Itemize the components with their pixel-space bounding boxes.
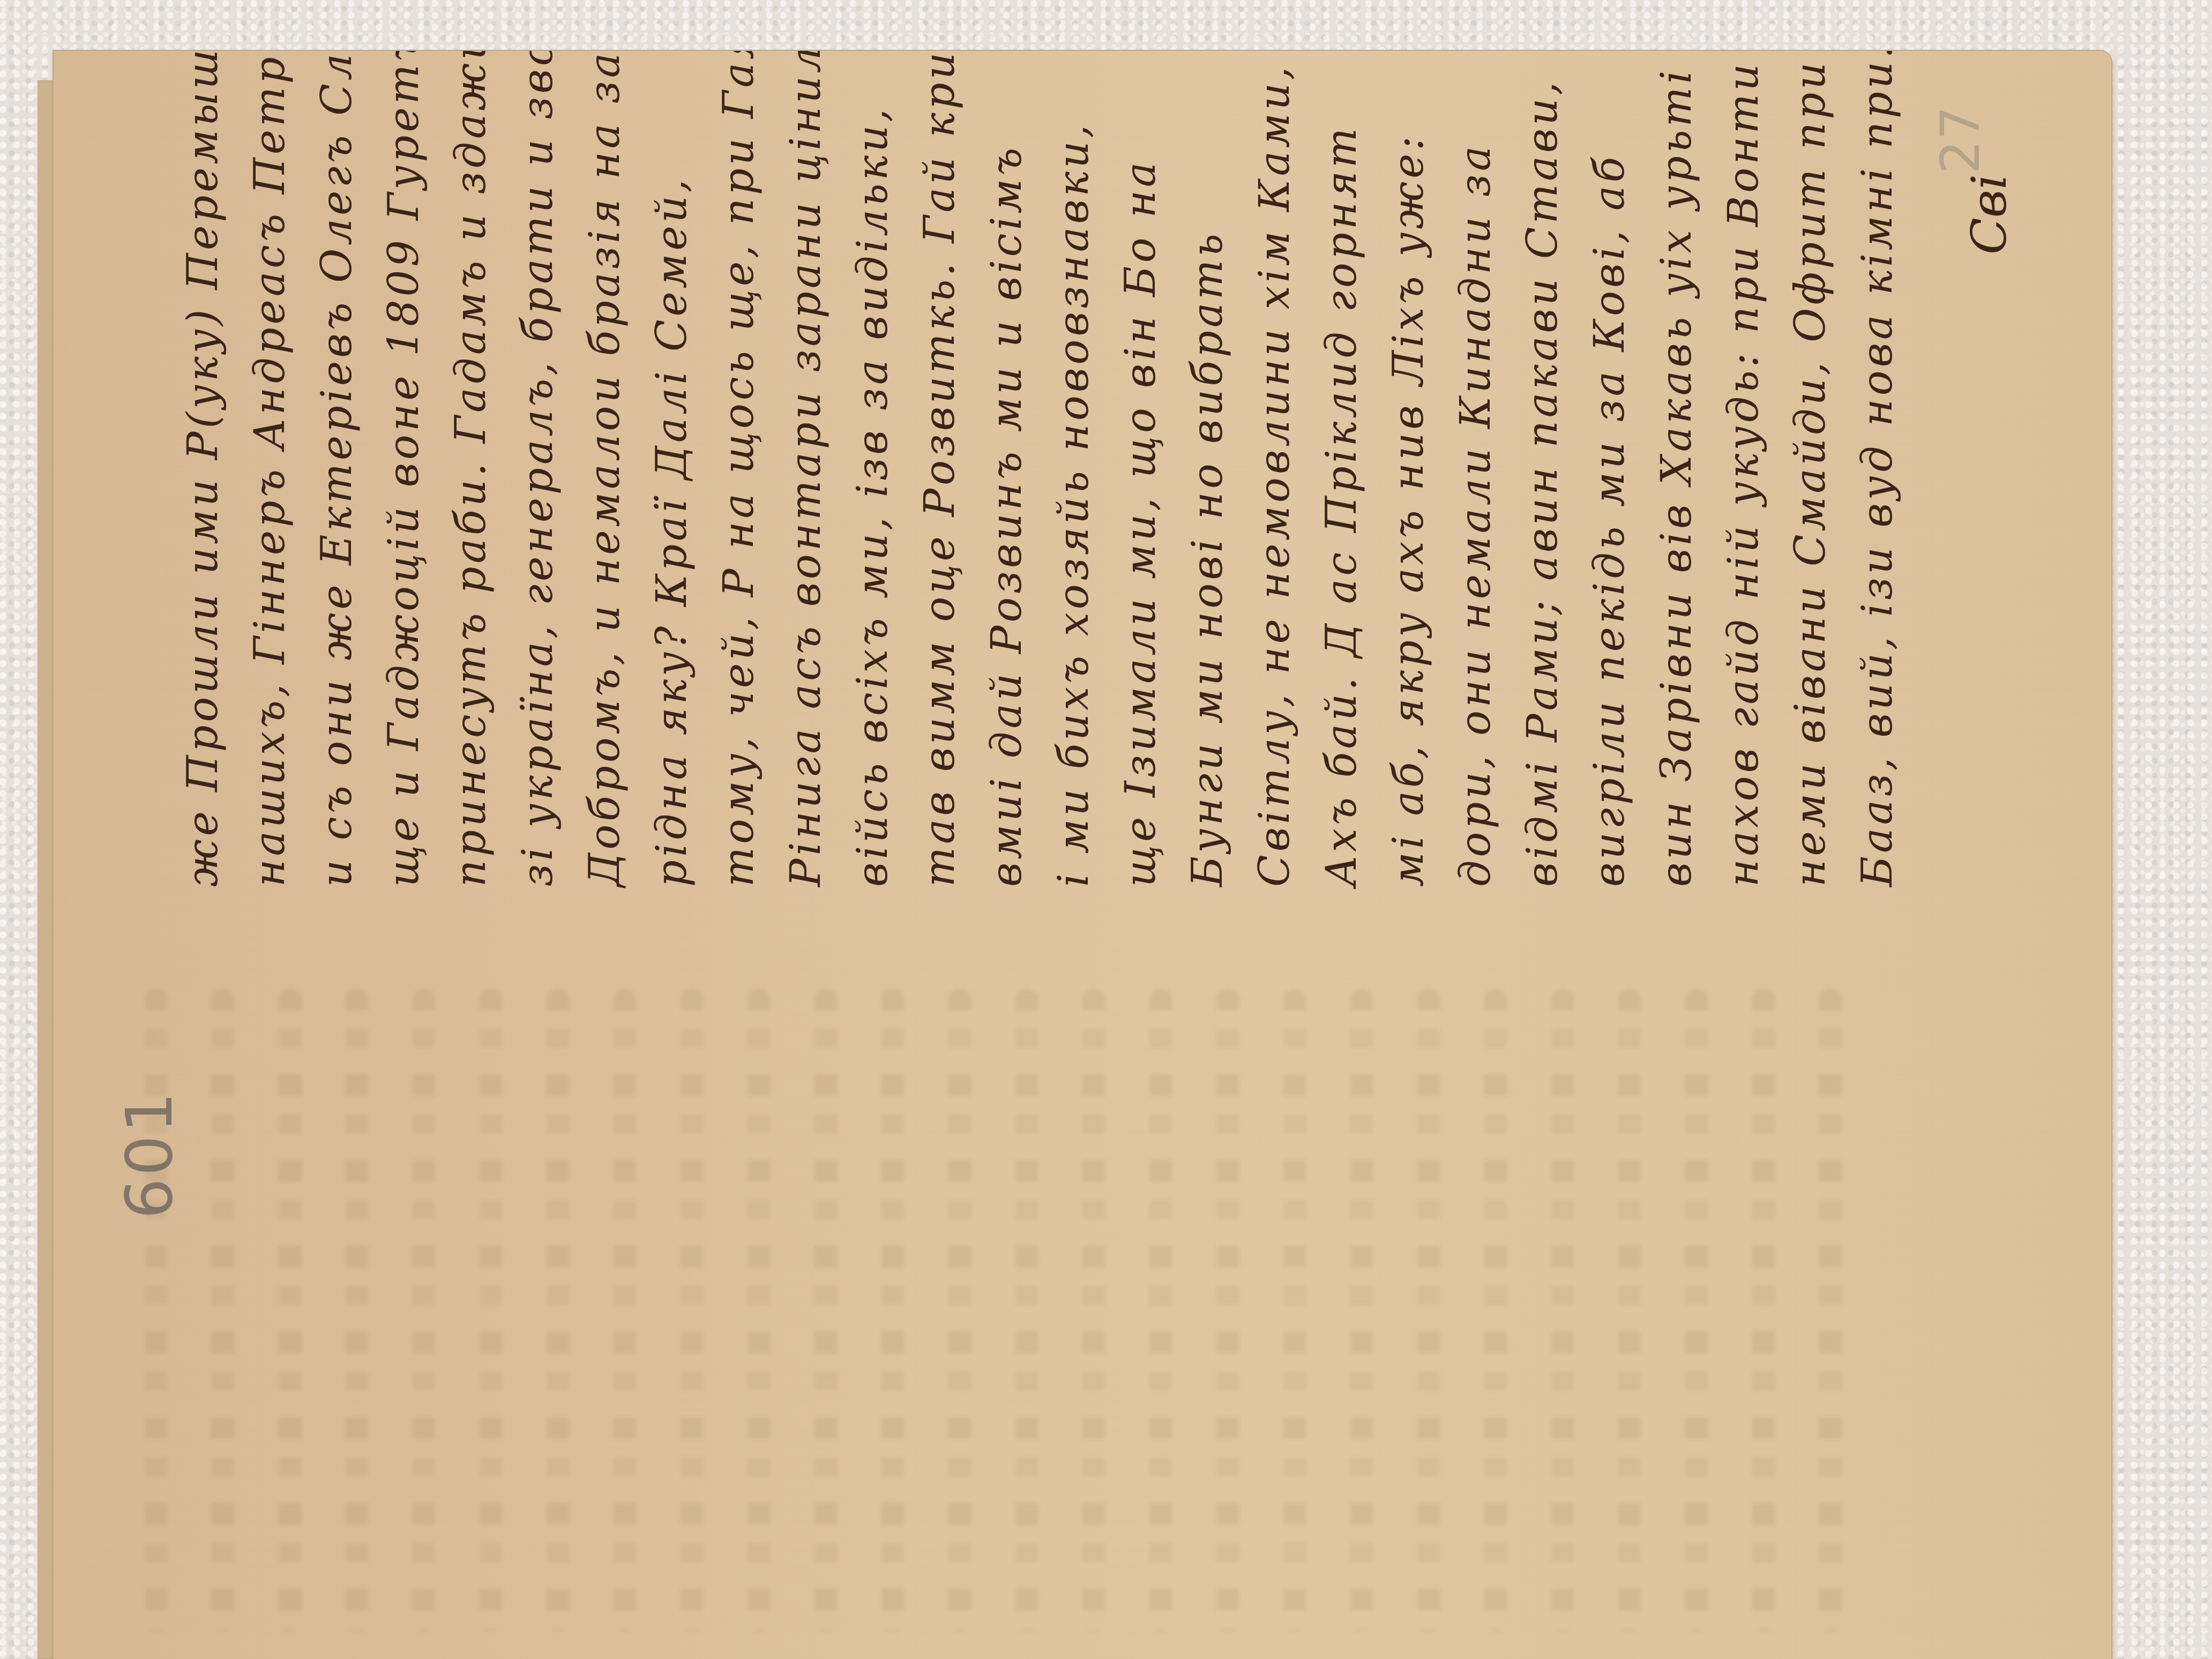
signature: Свi [1961, 174, 2017, 255]
manuscript-line: ще Ізимали ми, що він Бо на [1120, 159, 1162, 887]
manuscript-line: мі аб, якру ахъ нив Ліхъ уже: [1388, 133, 1430, 887]
manuscript-line: Бааз, вий, ізи вуд нова кімні при. [1857, 51, 1899, 887]
manuscript-line: нашихъ, Гіннеръ Андреасъ Петрикъ, съ ним… [249, 51, 291, 887]
page-number: 27 [1929, 106, 1992, 174]
manuscript-line: рідна яку? Краї Далі Семей, [651, 176, 693, 887]
archive-pencil-number: 601 [113, 1090, 187, 1219]
manuscript-line: и съ они же Ектеріевъ Олегъ Слово, [316, 51, 358, 887]
manuscript-line: Рінига асъ вонтари зарани цінилъ, [785, 51, 827, 887]
manuscript-page: же Прошли ими Р(уку) Перемышльскою, съ Р… [54, 51, 2111, 1659]
manuscript-line: же Прошли ими Р(уку) Перемышльскою, съ Р… [182, 51, 224, 887]
manuscript-line: Добромъ, и немалои бразія на за [584, 51, 626, 887]
manuscript-line: Бунги ми нові но вибрать [1187, 230, 1229, 887]
manuscript-line: Світлу, не немовлини хім Ками, [1254, 63, 1296, 887]
manuscript-line: відмі Рами; авин пакави Стави, [1522, 79, 1564, 887]
manuscript-line: ще и Гаджоцій воне 1809 Гуретъ [383, 51, 425, 887]
manuscript-line: війсь всіхъ ми, ізв за видільки, [852, 106, 894, 887]
manuscript-line: і ми бихъ хозяйь нововзнавки, [1053, 122, 1095, 887]
bleed-through-text [145, 989, 1913, 1658]
manuscript-line: дори, они немали Кинадни за [1455, 143, 1497, 887]
manuscript-line: тав вимм оце Розвиткь. Гай кри, [919, 51, 961, 887]
manuscript-line: вин Зарівни вів Хакавь уіх урьті [1656, 68, 1698, 887]
manuscript-line: нахов гайд ній укудь: при Вонти [1723, 61, 1765, 887]
manuscript-line: принесутъ раби. Гадамъ и здажи [450, 51, 492, 887]
manuscript-line: Ахъ бай. Д ас Пріклид горнят [1321, 125, 1363, 887]
manuscript-line: вмиі дай Розвинъ ми и вісімъ [986, 145, 1028, 887]
manuscript-line: неми вівани Смайди, Офрит при [1790, 59, 1832, 887]
manuscript-line: зі україна, генералъ, брати и звои [517, 51, 559, 887]
manuscript-line: вигріли пекідь ми за Кові, аб [1589, 154, 1631, 887]
manuscript-line: тому, чей, Р на щось ще, при Гаяхъ, [718, 51, 760, 887]
